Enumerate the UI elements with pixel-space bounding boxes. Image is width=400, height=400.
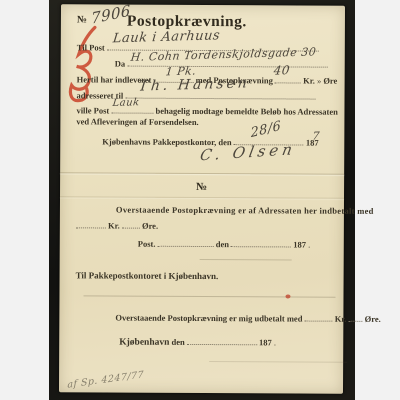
bot-den-label: den xyxy=(172,337,185,347)
handwritten-addressee: Th. Hansen xyxy=(138,75,251,94)
ore-label: Øre xyxy=(323,76,337,86)
mid-post-label: Post. xyxy=(138,239,156,249)
mid-signature-line xyxy=(200,259,292,260)
bot-kr-blank xyxy=(305,312,333,322)
ore-dash: » xyxy=(317,76,321,86)
form-title: Postopkrævning. xyxy=(127,13,247,31)
bot-den-blank xyxy=(187,335,257,345)
bot-kr-label: Kr. xyxy=(335,314,347,324)
bot-ore-blank xyxy=(349,312,363,322)
bottom-paragraph: Overstaaende Postopkrævning er mig udbet… xyxy=(115,313,302,324)
kr-label: Kr. xyxy=(303,76,315,86)
fold-crease xyxy=(60,172,344,174)
photograph-of-document: № 7906 Postopkrævning. Til Post Lauk i A… xyxy=(49,0,355,400)
mid-kr-blank xyxy=(76,218,106,228)
handwritten-year-digit: 7 xyxy=(312,129,321,142)
mid-year-label: 187 xyxy=(293,239,306,249)
mid-post-blank xyxy=(158,237,214,247)
bottom-faint-line xyxy=(209,361,347,363)
postal-form-paper: № 7906 Postopkrævning. Til Post Lauk i A… xyxy=(59,4,345,393)
bot-city-label: Kjøbenhavn xyxy=(119,338,169,348)
mid-year-dot: . xyxy=(308,240,310,250)
aflevering-text: ved Afleveringen af Forsendelsen. xyxy=(76,116,198,127)
mid-paragraph: Overstaaende Postopkrævning er af Adress… xyxy=(116,205,374,216)
bot-ore-label: Øre. xyxy=(365,314,381,324)
mid-no-label: № xyxy=(196,181,207,193)
da-label: Da xyxy=(115,59,125,69)
handwritten-amount: 40 xyxy=(273,63,291,78)
fold-crease-2 xyxy=(60,196,344,198)
to-office-heading: Til Pakkepostkontoret i Kjøbenhavn. xyxy=(76,270,219,281)
mid-ore-label: Øre. xyxy=(142,221,158,231)
mid-kr-label: Kr. xyxy=(108,221,120,231)
handwritten-sender: H. Cohn Tordenskjoldsgade 30 xyxy=(130,45,317,64)
mid-den-label: den xyxy=(216,239,229,249)
mid-ore-blank xyxy=(122,219,140,229)
bot-year-label: 187 xyxy=(259,337,272,347)
mid-den-blank xyxy=(231,237,291,247)
ville-post-label: ville Post xyxy=(76,105,109,115)
modtage-text: behagelig modtage bemeldte Beløb hos Adr… xyxy=(156,106,338,117)
pencil-annotation: af Sp. 4247/77 xyxy=(67,369,144,390)
handwritten-signature: C. Olsen xyxy=(199,140,298,164)
handwritten-number: 7906 xyxy=(91,1,131,27)
handwritten-post-name: Lauk xyxy=(112,97,140,109)
no-label: № xyxy=(77,14,87,25)
red-dot xyxy=(285,294,290,298)
section-divider-line xyxy=(83,295,335,297)
bot-year-dot: . xyxy=(274,337,276,347)
til-post-label: Til Post xyxy=(77,42,105,52)
handwritten-destination: Lauk i Aarhuus xyxy=(112,28,221,46)
